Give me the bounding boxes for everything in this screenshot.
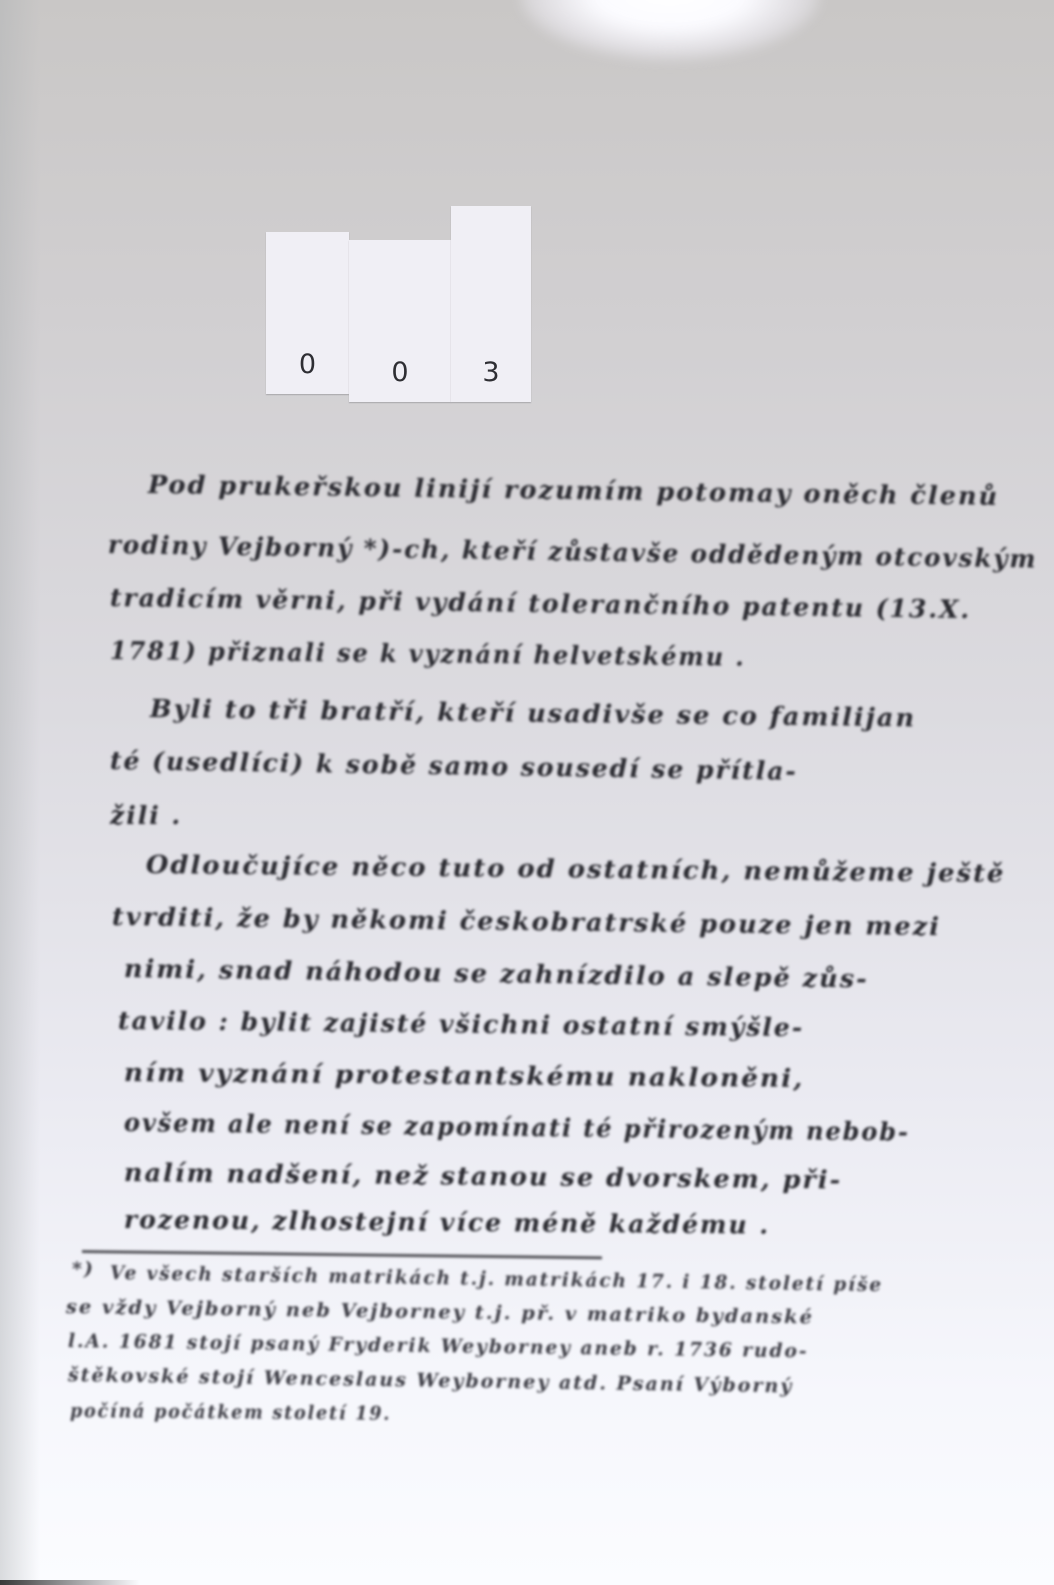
photo-edge-shadow <box>0 1580 140 1585</box>
manuscript-text: Pod prukeřskou linijí rozumím potomay on… <box>0 0 1054 1585</box>
body-line: nalím nadšení, než stanou se dvorskem, p… <box>124 1158 843 1195</box>
footnote-line: štěkovské stojí Wenceslaus Weyborney atd… <box>68 1364 794 1397</box>
body-line: 1781) přiznali se k vyznání helvetskému … <box>110 636 746 672</box>
body-line: ním vyznání protestantskému nakloněni, <box>124 1058 805 1093</box>
footnote-line: počíná počátkem století 19. <box>70 1400 391 1425</box>
footnote-line: Ve všech starších matrikách t.j. matriká… <box>110 1262 883 1296</box>
footnote-line: l.A. 1681 stojí psaný Fryderik Weyborney… <box>68 1330 809 1362</box>
body-line: Pod prukeřskou linijí rozumím potomay on… <box>148 470 1000 511</box>
footnote-marker: *) <box>72 1258 95 1280</box>
body-line: té (usedlíci) k sobě samo sousedí se pří… <box>110 746 798 786</box>
body-line: Byli to tři bratří, kteří usadivše se co… <box>150 694 916 732</box>
body-line: Odloučujíce něco tuto od ostatních, nemů… <box>146 850 1006 888</box>
body-line: ovšem ale není se zapomínati té přirozen… <box>124 1108 910 1147</box>
body-line: tavilo : bylit zajisté všichni ostatní s… <box>118 1006 804 1042</box>
body-line: tvrditi, že by někomi českobratrské pouz… <box>112 902 941 941</box>
body-line: rodiny Vejborný *)-ch, kteří zůstavše od… <box>108 530 1038 574</box>
body-line: žili . <box>110 801 182 830</box>
body-line: rozenou, zlhostejní více méně každému . <box>124 1205 770 1240</box>
footnote-line: se vždy Vejborný neb Vejborney t.j. př. … <box>66 1296 814 1328</box>
body-line: tradicím věrni, při vydání tolerančního … <box>110 583 972 624</box>
footnote-separator <box>82 1250 602 1259</box>
body-line: nimi, snad náhodou se zahnízdilo a slepě… <box>124 954 869 993</box>
